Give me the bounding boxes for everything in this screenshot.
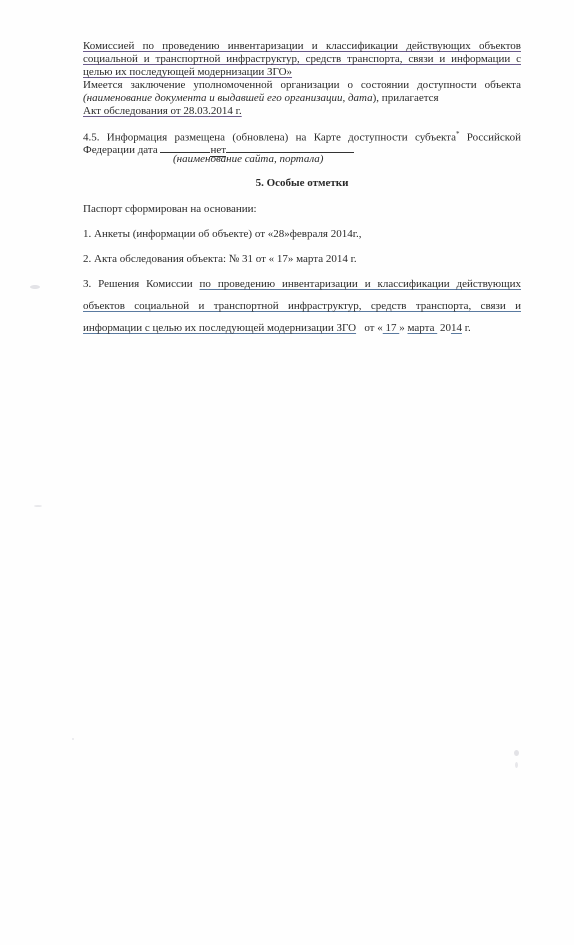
conclusion-hint: (наименование документа и выдавшей его о… [83, 92, 373, 104]
decision-year-end: г. [462, 322, 471, 334]
document-page: Комиссией по проведению инвентаризации и… [0, 0, 574, 945]
decision-year-prefix: 20 [437, 322, 451, 334]
date-blank [160, 141, 210, 153]
basis-item-3-commission: по проведению инвентаризации и классифик… [200, 278, 521, 290]
federation-date-label: Федерации дата [83, 144, 160, 156]
decision-date-prefix: от « [356, 322, 383, 334]
basis-item-3-purpose: информации с целью их последующей модерн… [83, 322, 356, 334]
conclusion-line-2: (наименование документа и выдавшей его о… [83, 92, 521, 105]
commission-line-1: Комиссией по проведению инвентаризации и… [83, 40, 521, 53]
survey-act-date: Акт обследования от 28.03.2014 г. [83, 105, 242, 117]
commission-line-2: социальной и транспортной инфраструктур,… [83, 53, 521, 66]
scan-mark [514, 750, 519, 756]
scan-mark [515, 762, 518, 768]
basis-item-1: 1. Анкеты (информации об объекте) от «28… [83, 228, 521, 241]
decision-month: марта [408, 322, 438, 334]
conclusion-line-3: Акт обследования от 28.03.2014 г. [83, 105, 521, 118]
decision-date-mid: » [399, 322, 407, 334]
passport-basis-intro: Паспорт сформирован на основании: [83, 203, 521, 216]
section-5-title: 5. Особые отметки [83, 177, 521, 190]
basis-item-3-line-3: информации с целью их последующей модерн… [83, 322, 521, 335]
scan-mark [34, 505, 42, 507]
scan-mark [30, 285, 40, 289]
decision-year-suffix: 14 [451, 322, 462, 334]
commission-line-3-text: целью их последующей модернизации ЗГО» [83, 66, 292, 78]
basis-item-3-prefix: 3. Решения Комиссии [83, 278, 200, 290]
decision-day: 17 [383, 322, 400, 334]
scan-mark [72, 738, 74, 740]
site-hint: (наименование сайта, портала) [173, 153, 323, 166]
basis-item-3-line-1: 3. Решения Комиссии по проведению инвент… [83, 278, 521, 291]
commission-line-3: целью их последующей модернизации ЗГО» [83, 66, 521, 79]
basis-item-3-line-2: объектов социальной и транспортной инфра… [83, 300, 521, 313]
site-blank [226, 141, 354, 153]
basis-item-2: 2. Акта обследования объекта: № 31 от « … [83, 253, 521, 266]
conclusion-attached: ), прилагается [373, 92, 439, 104]
conclusion-line-1: Имеется заключение уполномоченной органи… [83, 79, 521, 92]
